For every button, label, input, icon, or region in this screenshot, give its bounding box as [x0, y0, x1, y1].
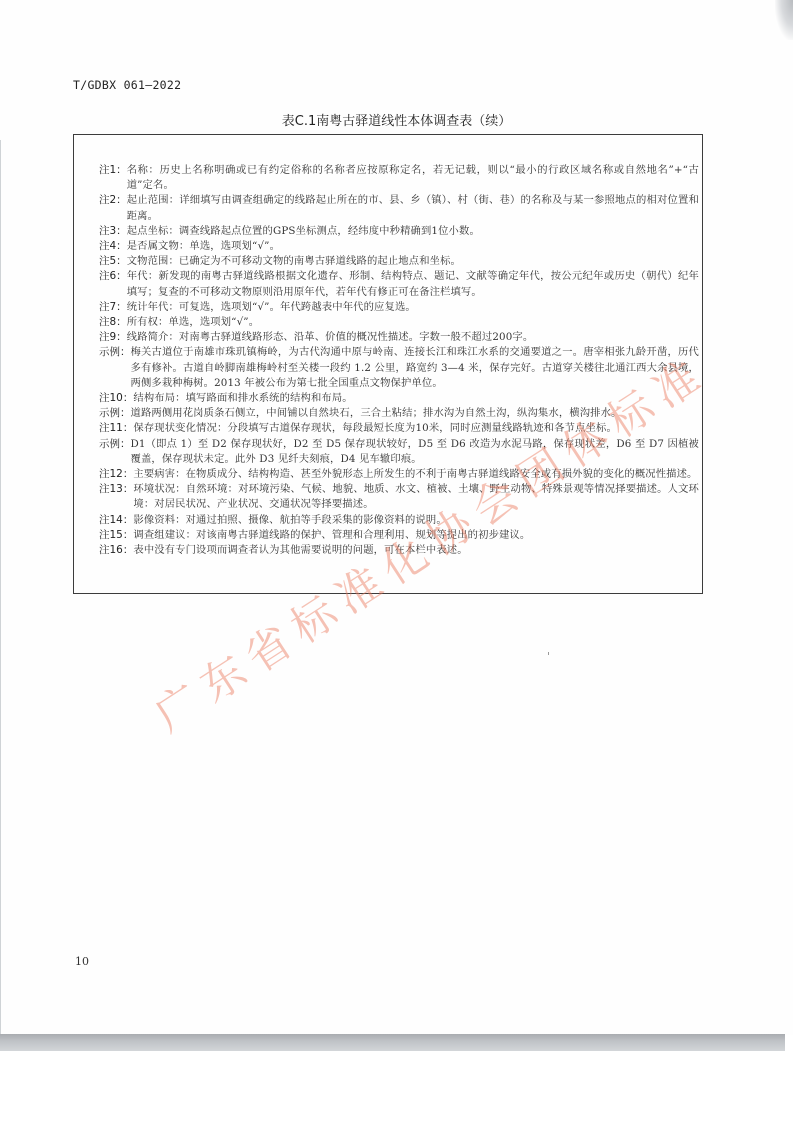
- scan-speck: [548, 652, 549, 655]
- note-text: 名称：历史上名称明确或已有约定俗称的名称者应按原称定名，若无记载，则以“最小的行…: [127, 163, 699, 193]
- note-label: 注14：: [99, 513, 133, 528]
- example-text: 道路两侧用花岗质条石侧立，中间铺以自然块石，三合土粘结；排水沟为自然土沟，纵沟集…: [131, 406, 700, 421]
- note-label: 注7：: [99, 300, 127, 315]
- note-text: 年代：新发现的南粤古驿道线路根据文化遗存、形制、结构特点、题记、文献等确定年代，…: [127, 269, 699, 299]
- note-label: 注11：: [99, 421, 133, 436]
- note-label: 注1：: [99, 163, 127, 178]
- note-item: 注16： 表中没有专门设项而调查者认为其他需要说明的问题，可在本栏中表述。: [99, 543, 699, 558]
- note-text: 调查组建议：对该南粤古驿道线路的保护、管理和合理利用、规划等提出的初步建议。: [133, 528, 699, 543]
- note-item: 注4： 是否属文物：单选，选项划“√”。: [99, 239, 699, 254]
- note-label: 注9：: [99, 330, 127, 345]
- note-item: 注6： 年代：新发现的南粤古驿道线路根据文化遗存、形制、结构特点、题记、文献等确…: [99, 269, 699, 299]
- note-item: 注8： 所有权：单选，选项划“√”。: [99, 315, 699, 330]
- note-label: 注16：: [99, 543, 133, 558]
- note-label: 注10：: [99, 391, 133, 406]
- example-text: 梅关古道位于南雄市珠玑镇梅岭，为古代沟通中原与岭南、连接长江和珠江水系的交通要道…: [131, 345, 700, 391]
- note-text: 线路简介：对南粤古驿道线路形态、沿革、价值的概况性描述。字数一般不超过200字。: [127, 330, 699, 345]
- note-text: 起点坐标：调查线路起点位置的GPS坐标测点，经纬度中秒精确到1位小数。: [127, 224, 699, 239]
- note-text: 环境状况：自然环境：对环境污染、气候、地貌、地质、水文、植被、土壤、野生动物、特…: [133, 482, 699, 512]
- note-item: 注1： 名称：历史上名称明确或已有约定俗称的名称者应按原称定名，若无记载，则以“…: [99, 163, 699, 193]
- note-item: 注5： 文物范围：已确定为不可移动文物的南粤古驿道线路的起止地点和坐标。: [99, 254, 699, 269]
- scan-left-edge: [0, 140, 1, 1035]
- note-text: 是否属文物：单选，选项划“√”。: [127, 239, 699, 254]
- notes-list: 注1： 名称：历史上名称明确或已有约定俗称的名称者应按原称定名，若无记载，则以“…: [99, 163, 699, 558]
- note-item: 注12： 主要病害：在物质成分、结构构造、甚至外貌形态上所发生的不利于南粤古驿道…: [99, 467, 699, 482]
- note-item: 注2： 起止范围：详细填写由调查组确定的线路起止所在的市、县、乡（镇）、村（街、…: [99, 193, 699, 223]
- note-item: 注14： 影像资料：对通过拍照、摄像、航拍等手段采集的影像资料的说明。: [99, 513, 699, 528]
- document-page: T/GDBX 061—2022 表C.1南粤古驿道线性本体调查表（续） 注1： …: [0, 0, 793, 1035]
- note-text: 结构布局：填写路面和排水系统的结构和布局。: [133, 391, 699, 406]
- page-number: 10: [75, 955, 89, 968]
- example-label: 示例：: [99, 345, 131, 360]
- note-label: 注8：: [99, 315, 127, 330]
- note-label: 注2：: [99, 193, 127, 208]
- example-item: 示例： 梅关古道位于南雄市珠玑镇梅岭，为古代沟通中原与岭南、连接长江和珠江水系的…: [99, 345, 699, 391]
- note-label: 注3：: [99, 224, 127, 239]
- note-label: 注6：: [99, 269, 127, 284]
- note-text: 主要病害：在物质成分、结构构造、甚至外貌形态上所发生的不利于南粤古驿道线路安全或…: [133, 467, 699, 482]
- example-label: 示例：: [99, 406, 131, 421]
- example-item: 示例： 道路两侧用花岗质条石侧立，中间铺以自然块石，三合土粘结；排水沟为自然土沟…: [99, 406, 699, 421]
- blank-margin: [0, 1051, 793, 1121]
- example-item: 示例： D1（即点 1）至 D2 保存现状好，D2 至 D5 保存现状较好，D5…: [99, 437, 699, 467]
- scan-corner-shadow: [775, 0, 793, 40]
- standard-code: T/GDBX 061—2022: [73, 78, 181, 92]
- note-label: 注15：: [99, 528, 133, 543]
- note-text: 起止范围：详细填写由调查组确定的线路起止所在的市、县、乡（镇）、村（街、巷）的名…: [127, 193, 699, 223]
- note-label: 注13：: [99, 482, 133, 497]
- note-text: 影像资料：对通过拍照、摄像、航拍等手段采集的影像资料的说明。: [133, 513, 699, 528]
- note-text: 表中没有专门设项而调查者认为其他需要说明的问题，可在本栏中表述。: [133, 543, 699, 558]
- note-item: 注11： 保存现状变化情况：分段填写古道保存现状，每段最短长度为10米，同时应测…: [99, 421, 699, 436]
- note-text: 统计年代：可复选，选项划“√”。年代跨越表中年代的应复选。: [127, 300, 699, 315]
- note-text: 保存现状变化情况：分段填写古道保存现状，每段最短长度为10米，同时应测量线路轨迹…: [133, 421, 699, 436]
- note-item: 注7： 统计年代：可复选，选项划“√”。年代跨越表中年代的应复选。: [99, 300, 699, 315]
- scan-edge-band: [0, 1034, 785, 1051]
- note-item: 注10： 结构布局：填写路面和排水系统的结构和布局。: [99, 391, 699, 406]
- note-item: 注13： 环境状况：自然环境：对环境污染、气候、地貌、地质、水文、植被、土壤、野…: [99, 482, 699, 512]
- note-item: 注15： 调查组建议：对该南粤古驿道线路的保护、管理和合理利用、规划等提出的初步…: [99, 528, 699, 543]
- note-label: 注12：: [99, 467, 133, 482]
- notes-table-cell: 注1： 名称：历史上名称明确或已有约定俗称的名称者应按原称定名，若无记载，则以“…: [73, 134, 703, 594]
- note-item: 注3： 起点坐标：调查线路起点位置的GPS坐标测点，经纬度中秒精确到1位小数。: [99, 224, 699, 239]
- note-text: 文物范围：已确定为不可移动文物的南粤古驿道线路的起止地点和坐标。: [127, 254, 699, 269]
- note-text: 所有权：单选，选项划“√”。: [127, 315, 699, 330]
- example-text: D1（即点 1）至 D2 保存现状好，D2 至 D5 保存现状较好，D5 至 D…: [131, 437, 700, 467]
- note-label: 注4：: [99, 239, 127, 254]
- note-item: 注9： 线路简介：对南粤古驿道线路形态、沿革、价值的概况性描述。字数一般不超过2…: [99, 330, 699, 345]
- table-title: 表C.1南粤古驿道线性本体调查表（续）: [0, 110, 793, 129]
- example-label: 示例：: [99, 437, 131, 452]
- note-label: 注5：: [99, 254, 127, 269]
